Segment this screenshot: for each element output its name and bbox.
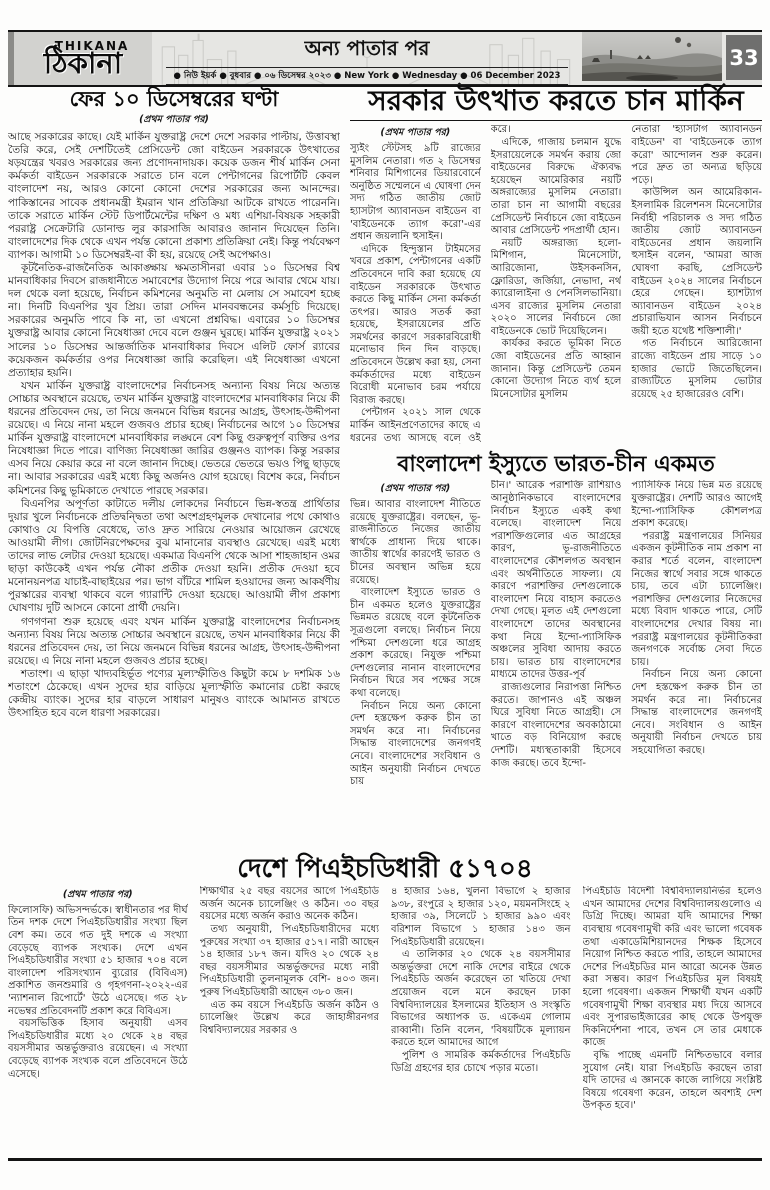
headline-dec10: ফের ১০ ডিসেম্বরের ঘণ্টা (8, 88, 340, 110)
headline-overthrow: সরকার উৎখাত করতে চান মার্কিন (350, 86, 762, 121)
indiachina-col-1: (প্রথম পাতার পর) ভিন্ন। আবার বাংলাদেশ নী… (350, 480, 481, 832)
article-dec10-body: আছে সরকারের কাছে। যেই মার্কিন যুক্তরাষ্ট… (8, 131, 340, 831)
overthrow-col-2: করে।এদিকে, গাজায় চলমান যুদ্ধে ইসরায়েলে… (491, 124, 622, 444)
overthrow-col-1: (প্রথম পাতার পর) স্যুইং স্টেটসহ ৯টি রাজ্… (350, 124, 481, 444)
continued-from-front-label: (প্রথম পাতার পর) (8, 889, 188, 902)
article-indiachina-columns: (প্রথম পাতার পর) ভিন্ন। আবার বাংলাদেশ নী… (350, 480, 762, 832)
phd-col-2: শিক্ষার্থীর ২৫ বছর বয়সের আগে পিএইচডি অর… (200, 886, 380, 1148)
masthead-photo (582, 32, 722, 85)
phd-col-1-text: ফিলোসফি) অভিসন্দর্ভকে। স্বাধীনতার পর দীর… (8, 905, 188, 1081)
article-overthrow-columns: (প্রথম পাতার পর) স্যুইং স্টেটসহ ৯টি রাজ্… (350, 124, 762, 444)
dateline: ● নিউ ইয়র্ক ● বুধবার ● ০৬ ডিসেম্বর ২০২৩… (166, 67, 569, 85)
continued-from-front-label: (প্রথম পাতার পর) (350, 127, 481, 140)
newspaper-logo: THIKANA ঠিকানা (8, 32, 152, 85)
indiachina-col-3: প্যাসিফিক নিয়ে ভিন্ন মত রয়েছে যুক্তরাষ… (631, 480, 762, 832)
overthrow-col-3: নেতারা 'হ্যাসটাগ অ্যাবানডন বাইডেন' বা 'ব… (631, 124, 762, 444)
logo-bengali-text: ঠিকানা (44, 49, 122, 78)
article-dec10-bell: ফের ১০ ডিসেম্বরের ঘণ্টা (প্রথম পাতার পর)… (8, 88, 340, 831)
masthead-center: অন্য পাতার পর ● নিউ ইয়র্ক ● বুধবার ● ০৬… (152, 32, 582, 85)
headline-phd: দেশে পিএইচডিধারী ৫১৭০৪ (8, 856, 762, 883)
continued-from-front-label: (প্রথম পাতার পর) (350, 483, 481, 496)
continued-from-front-label: (প্রথম পাতার পর) (8, 113, 340, 128)
article-phd: দেশে পিএইচডিধারী ৫১৭০৪ (প্রথম পাতার পর) … (8, 856, 762, 1148)
headline-indiachina: বাংলাদেশ ইস্যুতে ভারত-চীন একমত (350, 453, 762, 476)
phd-col-4: পিএইচডি বিদেশী বিশ্ববিদ্যালয়নির্ভর হলেও… (583, 886, 763, 1148)
bottom-rule (8, 1158, 762, 1161)
overthrow-col-1-text: স্যুইং স্টেটসহ ৯টি রাজ্যের মুসলিম নেতারা… (350, 143, 481, 444)
page-number-badge: 33 (726, 35, 762, 80)
newspaper-page: THIKANA ঠিকানা অন্য পাতার পর ● নিউ ইয়র্… (0, 0, 770, 1190)
phd-col-1: (প্রথম পাতার পর) ফিলোসফি) অভিসন্দর্ভকে। … (8, 886, 188, 1148)
masthead: THIKANA ঠিকানা অন্য পাতার পর ● নিউ ইয়র্… (8, 30, 762, 87)
phd-col-3: ৪ হাজার ১৬৪, খুলনা বিভাগে ২ হাজার ৯৩৮, র… (391, 886, 571, 1148)
landscape-photo-art (582, 32, 722, 81)
section-title: অন্য পাতার পর (305, 34, 430, 67)
indiachina-col-1-text: ভিন্ন। আবার বাংলাদেশ নীতিতে রয়েছে যুক্ত… (350, 499, 481, 789)
article-phd-columns: (প্রথম পাতার পর) ফিলোসফি) অভিসন্দর্ভকে। … (8, 886, 762, 1148)
right-region: সরকার উৎখাত করতে চান মার্কিন (প্রথম পাতা… (350, 86, 762, 832)
indiachina-col-2: চীন।' আরেক পরাশক্তি রাশিয়াও আনুষ্ঠানিকভ… (491, 480, 622, 832)
page-number: 33 (729, 46, 758, 70)
